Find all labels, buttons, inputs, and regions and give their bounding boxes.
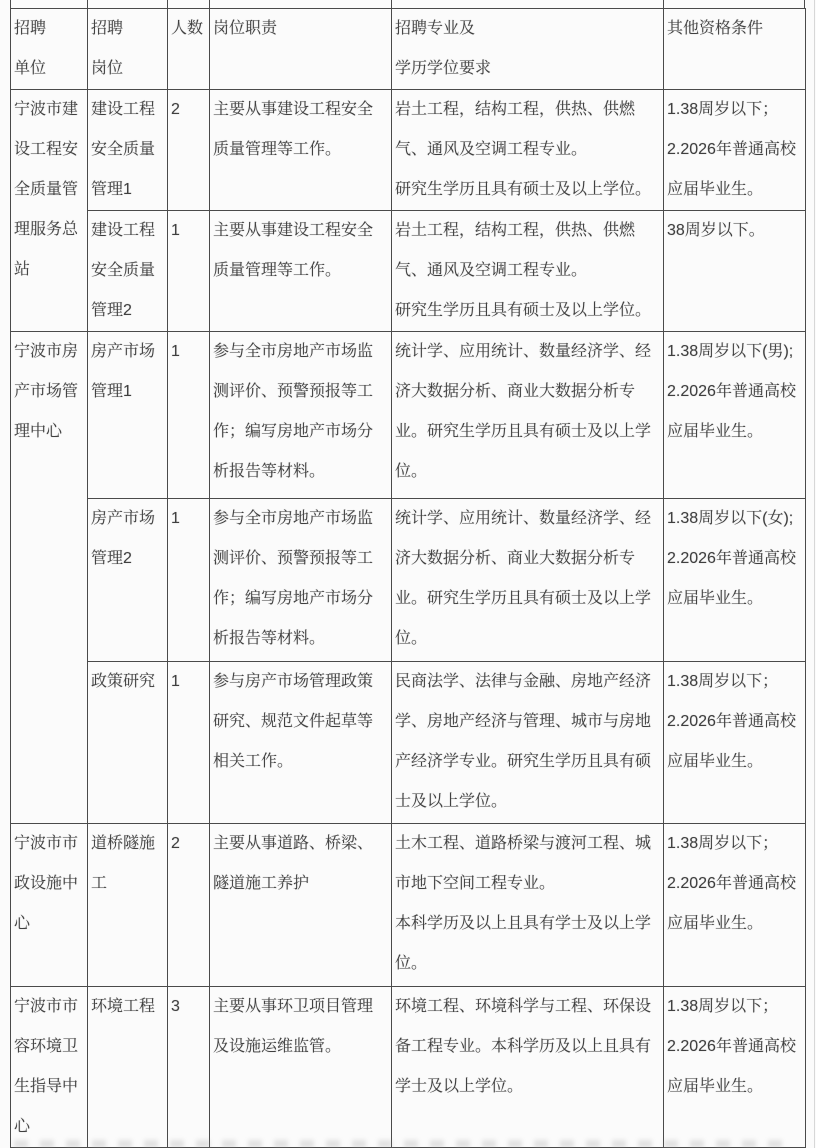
majors-cell: 土木工程、道路桥梁与渡河工程、城市地下空间工程专业。 本科学历及以上且具有学士及… <box>392 824 664 987</box>
count-cell: 1 <box>168 332 210 499</box>
table-row: 宁波市市政设施中心 道桥隧施工 2 主要从事道路、桥梁、隧道施工养护 土木工程、… <box>11 824 806 987</box>
majors-paragraph: 岩土工程，结构工程，供热、供燃气、通风及空调工程专业。 <box>395 90 660 170</box>
duties-cell: 主要从事建设工程安全质量管理等工作。 <box>210 90 392 211</box>
duties-paragraph: 主要从事建设工程安全质量管理等工作。 <box>213 211 388 291</box>
header-unit-line: 单位 <box>14 49 84 89</box>
table-row: 政策研究 1 参与房产市场管理政策研究、规范文件起草等相关工作。 民商法学、法律… <box>11 662 806 824</box>
header-majors-line: 学历学位要求 <box>395 49 660 89</box>
majors-paragraph: 民商法学、法律与金融、房地产经济学、房地产经济与管理、城市与房地产经济学专业。研… <box>395 662 660 822</box>
other-cell: 1.38周岁以下； 2.2026年普通高校应届毕业生。 <box>664 824 806 987</box>
position-cell: 政策研究 <box>88 662 168 824</box>
majors-paragraph: 研究生学历且具有硕士及以上学位。 <box>395 291 660 331</box>
other-paragraph: 1.38周岁以下； <box>667 987 802 1027</box>
other-paragraph: 1.38周岁以下(男); <box>667 332 802 372</box>
table-row: 宁波市市容环境卫生指导中心 环境工程 3 主要从事环卫项目管理及设施运维监管。 … <box>11 987 806 1148</box>
other-paragraph: 1.38周岁以下； <box>667 824 802 864</box>
duties-cell: 参与全市房地产市场监测评价、预警预报等工作；编写房地产市场分析报告等材料。 <box>210 499 392 662</box>
position-cell: 环境工程 <box>88 987 168 1148</box>
other-cell: 1.38周岁以下(男); 2.2026年普通高校应届毕业生。 <box>664 332 806 499</box>
duties-paragraph: 主要从事建设工程安全质量管理等工作。 <box>213 90 388 170</box>
majors-cell: 岩土工程，结构工程，供热、供燃气、通风及空调工程专业。 研究生学历且具有硕士及以… <box>392 90 664 211</box>
majors-cell: 民商法学、法律与金融、房地产经济学、房地产经济与管理、城市与房地产经济学专业。研… <box>392 662 664 824</box>
other-paragraph: 2.2026年普通高校应届毕业生。 <box>667 130 802 210</box>
count-cell: 2 <box>168 90 210 211</box>
header-unit: 招聘 单位 <box>11 9 88 90</box>
other-cell: 1.38周岁以下； 2.2026年普通高校应届毕业生。 <box>664 90 806 211</box>
majors-paragraph: 统计学、应用统计、数量经济学、经济大数据分析、商业大数据分析专业。研究生学历且具… <box>395 499 660 659</box>
header-majors-line: 招聘专业及 <box>395 9 660 49</box>
other-paragraph: 1.38周岁以下； <box>667 90 802 130</box>
other-paragraph: 2.2026年普通高校应届毕业生。 <box>667 864 802 944</box>
other-paragraph: 1.38周岁以下； <box>667 662 802 702</box>
count-cell: 2 <box>168 824 210 987</box>
table-row: 宁波市房产市场管理中心 房产市场管理1 1 参与全市房地产市场监测评价、预警预报… <box>11 332 806 499</box>
count-cell: 1 <box>168 211 210 332</box>
other-cell: 1.38周岁以下(女); 2.2026年普通高校应届毕业生。 <box>664 499 806 662</box>
position-cell: 房产市场管理1 <box>88 332 168 499</box>
cutoff-text-blur <box>14 1140 794 1148</box>
unit-cell: 宁波市市政设施中心 <box>11 824 88 987</box>
page-edge-line <box>814 0 815 1148</box>
majors-paragraph: 岩土工程，结构工程，供热、供燃气、通风及空调工程专业。 <box>395 211 660 291</box>
duties-paragraph: 参与全市房地产市场监测评价、预警预报等工作；编写房地产市场分析报告等材料。 <box>213 499 388 659</box>
majors-paragraph: 本科学历及以上且具有学士及以上学位。 <box>395 904 660 984</box>
table-row: 房产市场管理2 1 参与全市房地产市场监测评价、预警预报等工作；编写房地产市场分… <box>11 499 806 662</box>
header-majors: 招聘专业及 学历学位要求 <box>392 9 664 90</box>
duties-cell: 主要从事环卫项目管理及设施运维监管。 <box>210 987 392 1148</box>
duties-paragraph: 参与房产市场管理政策研究、规范文件起草等相关工作。 <box>213 662 388 782</box>
table-header-row: 招聘 单位 招聘 岗位 人数 岗位职责 招聘专业及 学历学位要求 其他资格条件 <box>11 9 806 90</box>
other-cell: 38周岁以下。 <box>664 211 806 332</box>
majors-cell: 统计学、应用统计、数量经济学、经济大数据分析、商业大数据分析专业。研究生学历且具… <box>392 332 664 499</box>
majors-paragraph: 研究生学历且具有硕士及以上学位。 <box>395 170 660 210</box>
table-row: 建设工程安全质量管理2 1 主要从事建设工程安全质量管理等工作。 岩土工程，结构… <box>11 211 806 332</box>
count-cell: 1 <box>168 499 210 662</box>
recruitment-table: 招聘 单位 招聘 岗位 人数 岗位职责 招聘专业及 学历学位要求 其他资格条件 … <box>10 8 806 1148</box>
majors-cell: 环境工程、环境科学与工程、环保设备工程专业。本科学历及以上且具有学士及以上学位。 <box>392 987 664 1148</box>
majors-cell: 统计学、应用统计、数量经济学、经济大数据分析、商业大数据分析专业。研究生学历且具… <box>392 499 664 662</box>
header-other: 其他资格条件 <box>664 9 806 90</box>
other-cell: 1.38周岁以下； 2.2026年普通高校应届毕业生。 <box>664 662 806 824</box>
position-cell: 建设工程安全质量管理1 <box>88 90 168 211</box>
duties-cell: 主要从事建设工程安全质量管理等工作。 <box>210 211 392 332</box>
other-paragraph: 2.2026年普通高校应届毕业生。 <box>667 1027 802 1107</box>
other-cell: 1.38周岁以下； 2.2026年普通高校应届毕业生。 <box>664 987 806 1148</box>
other-paragraph: 38周岁以下。 <box>667 211 802 251</box>
header-position: 招聘 岗位 <box>88 9 168 90</box>
majors-paragraph: 土木工程、道路桥梁与渡河工程、城市地下空间工程专业。 <box>395 824 660 904</box>
duties-paragraph: 参与全市房地产市场监测评价、预警预报等工作；编写房地产市场分析报告等材料。 <box>213 332 388 492</box>
unit-cell: 宁波市市容环境卫生指导中心 <box>11 987 88 1148</box>
unit-cell: 宁波市建设工程安全质量管理服务总站 <box>11 90 88 332</box>
other-paragraph: 1.38周岁以下(女); <box>667 499 802 539</box>
duties-cell: 参与房产市场管理政策研究、规范文件起草等相关工作。 <box>210 662 392 824</box>
duties-cell: 主要从事道路、桥梁、隧道施工养护 <box>210 824 392 987</box>
header-position-line: 岗位 <box>91 49 164 89</box>
header-position-line: 招聘 <box>91 9 164 49</box>
majors-paragraph: 统计学、应用统计、数量经济学、经济大数据分析、商业大数据分析专业。研究生学历且具… <box>395 332 660 492</box>
position-cell: 建设工程安全质量管理2 <box>88 211 168 332</box>
recruitment-table-page: 招聘 单位 招聘 岗位 人数 岗位职责 招聘专业及 学历学位要求 其他资格条件 … <box>0 0 816 1148</box>
duties-paragraph: 主要从事道路、桥梁、隧道施工养护 <box>213 824 388 904</box>
duties-cell: 参与全市房地产市场监测评价、预警预报等工作；编写房地产市场分析报告等材料。 <box>210 332 392 499</box>
duties-paragraph: 主要从事环卫项目管理及设施运维监管。 <box>213 987 388 1067</box>
majors-cell: 岩土工程，结构工程，供热、供燃气、通风及空调工程专业。 研究生学历且具有硕士及以… <box>392 211 664 332</box>
position-cell: 房产市场管理2 <box>88 499 168 662</box>
other-paragraph: 2.2026年普通高校应届毕业生。 <box>667 539 802 619</box>
header-unit-line: 招聘 <box>14 9 84 49</box>
table-row: 宁波市建设工程安全质量管理服务总站 建设工程安全质量管理1 2 主要从事建设工程… <box>11 90 806 211</box>
count-cell: 3 <box>168 987 210 1148</box>
other-paragraph: 2.2026年普通高校应届毕业生。 <box>667 372 802 452</box>
position-cell: 道桥隧施工 <box>88 824 168 987</box>
unit-cell: 宁波市房产市场管理中心 <box>11 332 88 824</box>
header-count: 人数 <box>168 9 210 90</box>
header-duties: 岗位职责 <box>210 9 392 90</box>
other-paragraph: 2.2026年普通高校应届毕业生。 <box>667 702 802 782</box>
majors-paragraph: 环境工程、环境科学与工程、环保设备工程专业。本科学历及以上且具有学士及以上学位。 <box>395 987 660 1107</box>
count-cell: 1 <box>168 662 210 824</box>
